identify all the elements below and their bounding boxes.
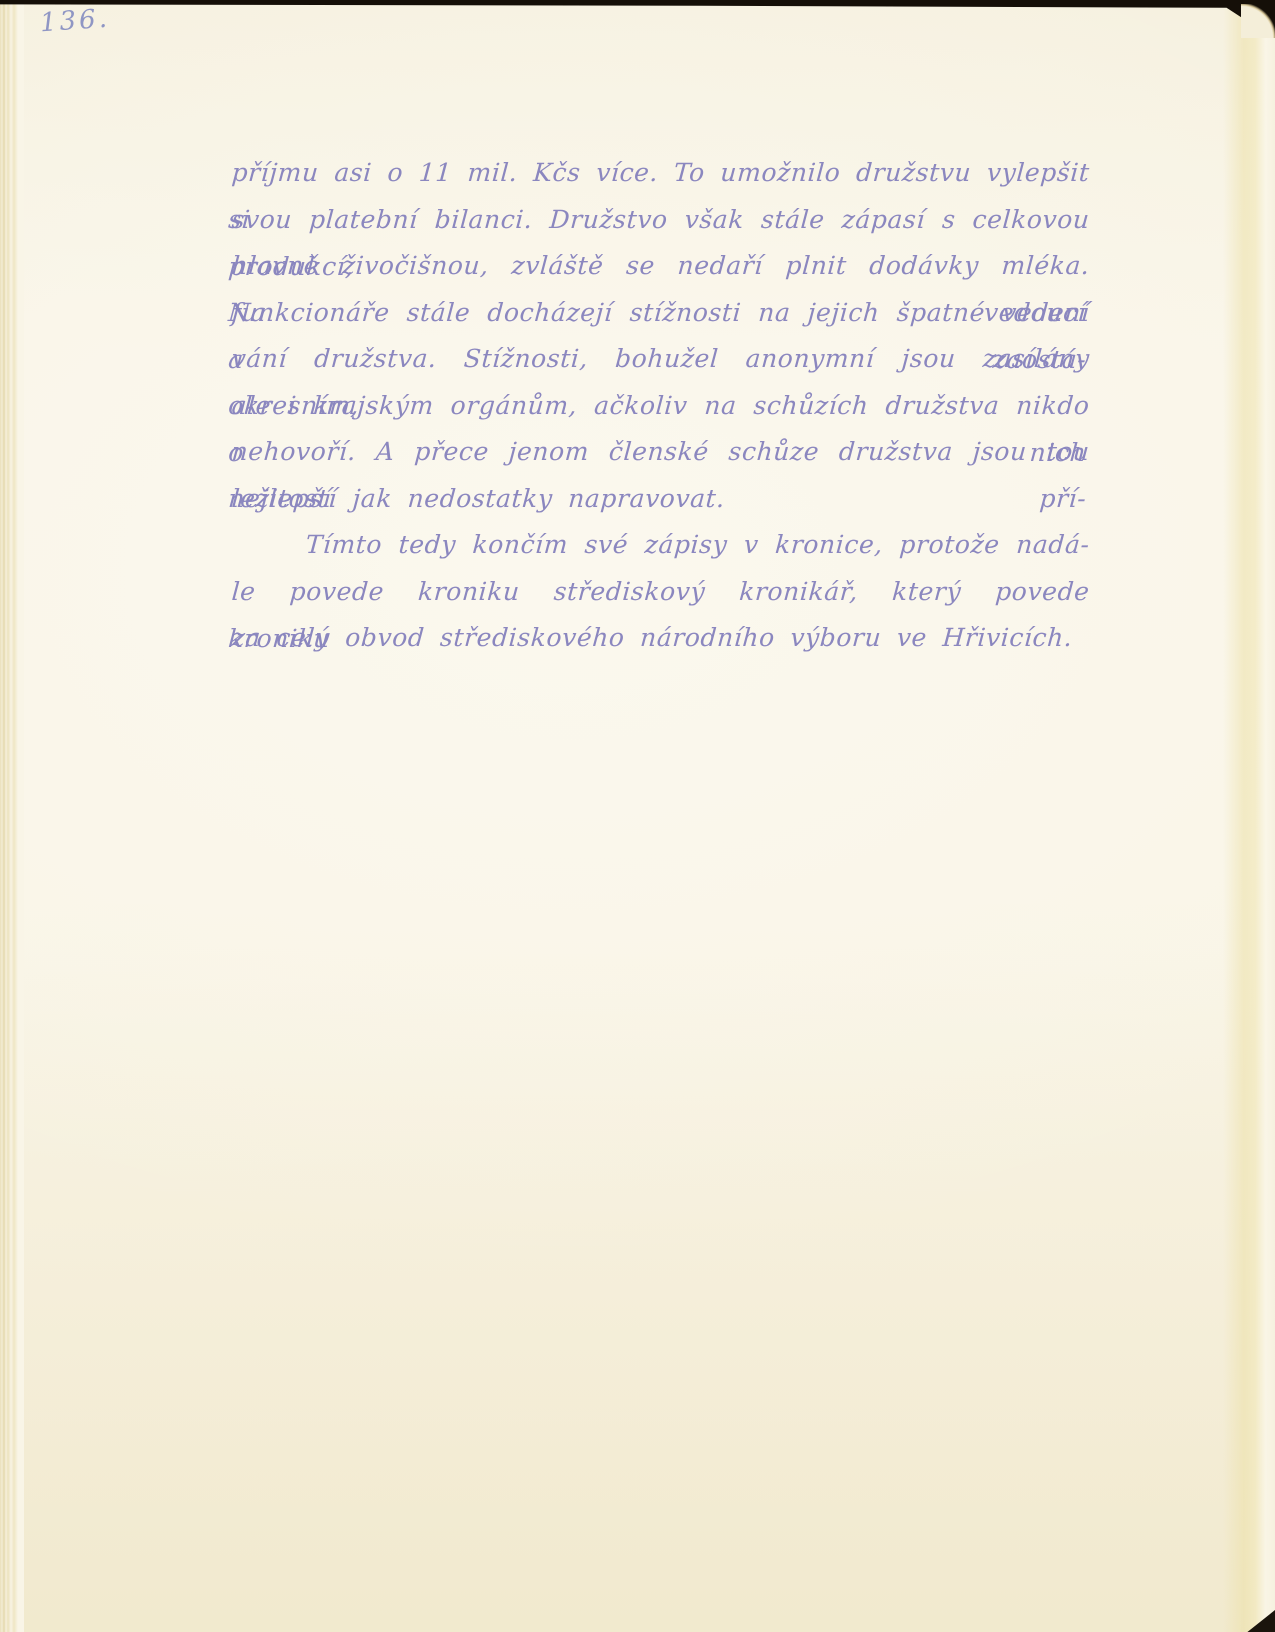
handwritten-text-block: příjmu asi o 11 mil. Kčs více. To umožni…: [230, 150, 1088, 662]
handwritten-line: svou platební bilanci. Družstvo však stá…: [230, 197, 1091, 244]
page-corner-top-right: [1241, 4, 1275, 38]
handwritten-line: vání družstva. Stížnosti, bohužel anonym…: [230, 336, 1091, 383]
scanned-chronicle-page: 136. příjmu asi o 11 mil. Kčs více. To u…: [0, 0, 1275, 1632]
handwritten-line: le povede kroniku střediskový kronikář, …: [230, 569, 1091, 616]
handwritten-line: za celý obvod střediskového národního vý…: [230, 615, 1091, 662]
left-page-stack-edge: [0, 0, 24, 1632]
handwritten-line: Tímto tedy končím své zápisy v kronice, …: [230, 522, 1091, 569]
right-page-curve-shadow: [1223, 0, 1275, 1632]
handwritten-line: ležitostí jak nedostatky napravovat.: [230, 476, 1091, 523]
handwritten-line: hlavně živočišnou, zvláště se nedaří pln…: [230, 243, 1091, 290]
handwritten-line: příjmu asi o 11 mil. Kčs více. To umožni…: [230, 150, 1091, 197]
handwritten-line: ale i krajským orgánům, ačkoliv na schůz…: [230, 383, 1091, 430]
page-number: 136.: [39, 4, 111, 39]
handwritten-line: funkcionáře stále docházejí stížnosti na…: [230, 290, 1091, 337]
handwritten-line: nehovoří. A přece jenom členské schůze d…: [230, 429, 1091, 476]
